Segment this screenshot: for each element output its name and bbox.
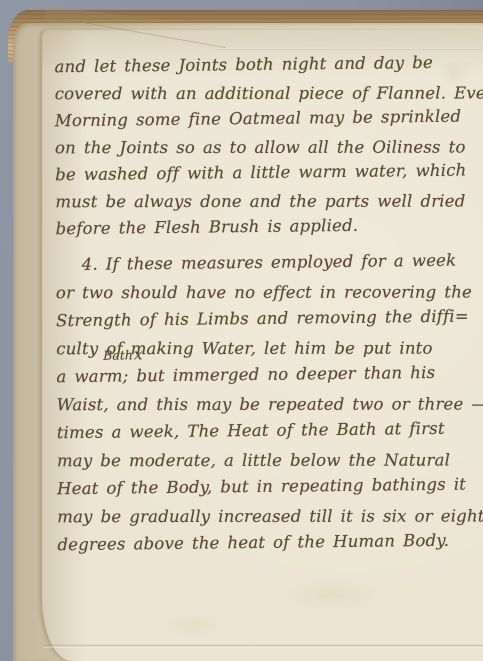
manuscript-line-with-insertion: a warm; but immerged no deeper than his … <box>56 359 456 392</box>
manuscript-line: Heat of the Body, but in repeating bathi… <box>57 471 457 504</box>
insertion-caret-mark: x <box>133 345 143 363</box>
insertion-word: Bath <box>103 347 133 362</box>
manuscript-line-text: a warm; but immerged no deeper than his <box>56 363 435 386</box>
manuscript-line: degrees above the heat of the Human Body… <box>57 527 457 560</box>
manuscript-line: Strength of his Limbs and removing the d… <box>56 303 456 336</box>
handwritten-text: and let these Joints both night and day … <box>54 51 457 559</box>
manuscript-line: Morning some fine Oatmeal may be sprinkl… <box>55 103 455 135</box>
manuscript-line: times a week, The Heat of the Bath at fi… <box>57 415 457 448</box>
paragraph-1: and let these Joints both night and day … <box>54 51 455 242</box>
manuscript-line: be washed off with a little warm water, … <box>55 157 455 189</box>
interlinear-insertion: Bathx <box>103 348 142 361</box>
manuscript-photo: and let these Joints both night and day … <box>0 0 483 661</box>
manuscript-line: 4. If these measures employed for a week <box>56 247 456 280</box>
manuscript-line: before the Flesh Brush is applied. <box>55 211 455 243</box>
manuscript-line: and let these Joints both night and day … <box>54 49 454 81</box>
paragraph-2: 4. If these measures employed for a week… <box>56 249 458 559</box>
